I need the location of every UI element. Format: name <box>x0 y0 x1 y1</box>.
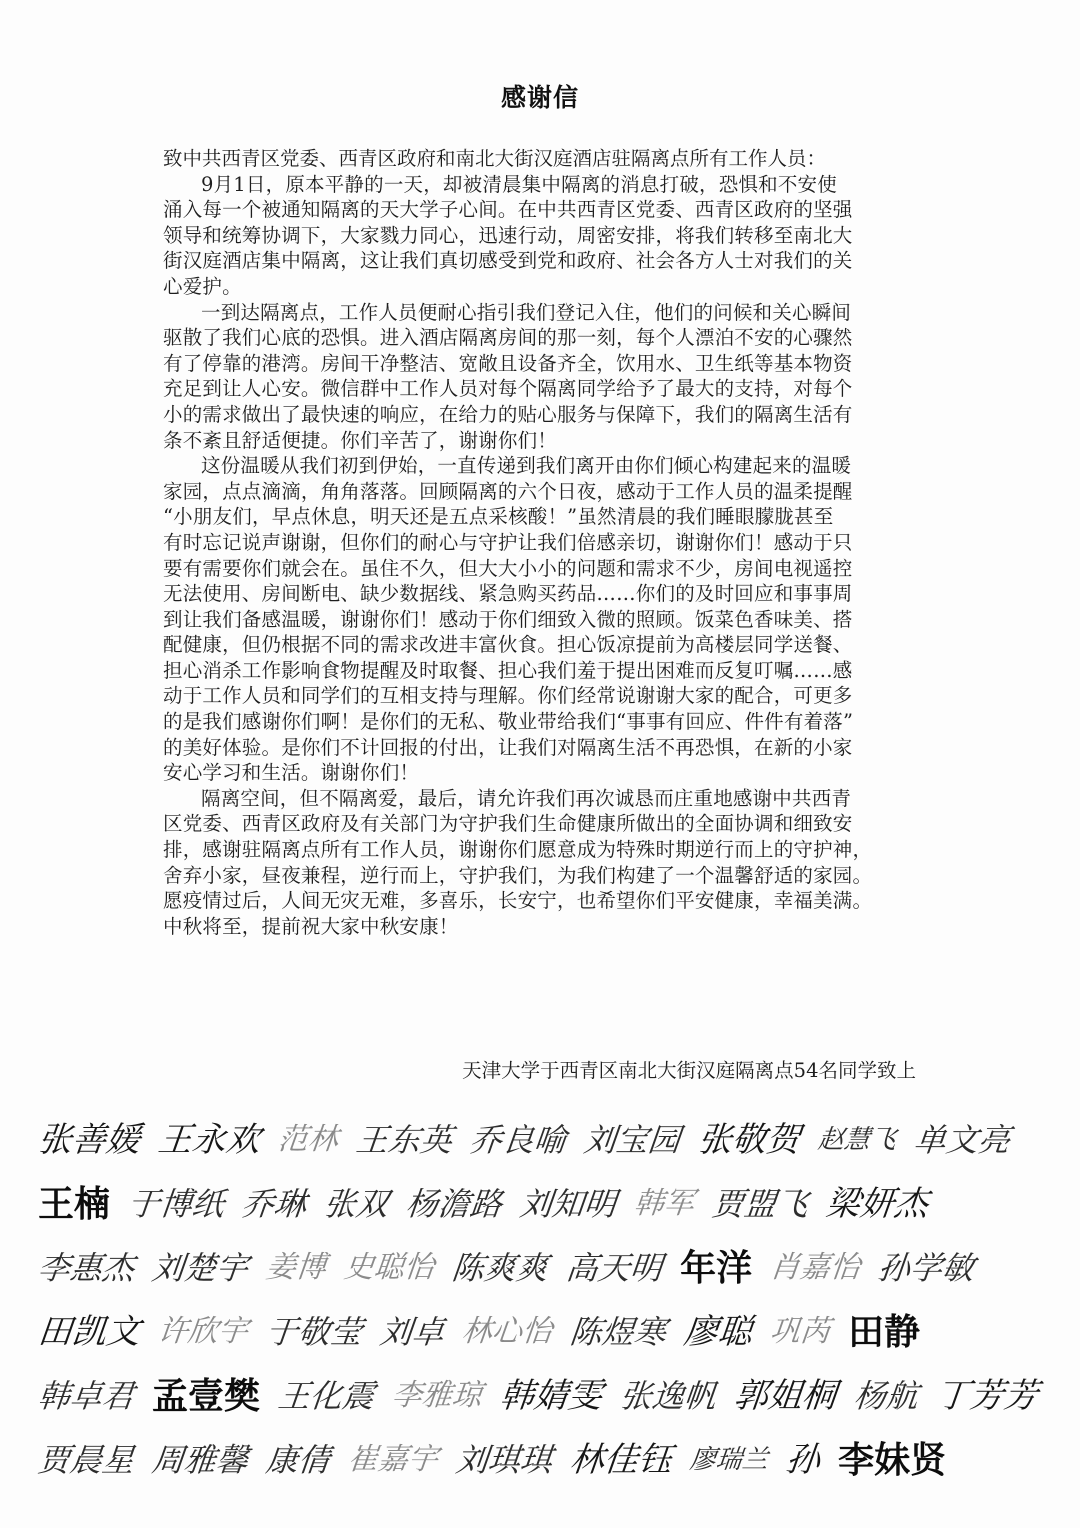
handwritten-signature: 林心怡 <box>460 1317 553 1347</box>
signature-row: 李惠杰刘楚宇姜博史聪怡陈爽爽高天明年洋肖嘉怡孙学敏 <box>38 1236 1058 1300</box>
paragraph-3-line: 到让我们备感温暖，谢谢你们！感动于你们细致入微的照顾。饭菜色香味美、搭 <box>163 607 923 633</box>
handwritten-signature: 王化震 <box>276 1380 375 1412</box>
handwritten-signature: 陈煜寒 <box>568 1316 667 1348</box>
handwritten-signature: 巩芮 <box>768 1317 831 1347</box>
paragraph-3-line: 的美好体验。是你们不计回报的付出，让我们对隔离生活不再恐惧，在新的小家 <box>163 735 923 761</box>
sign-off: 天津大学于西青区南北大街汉庭隔离点54名同学致上 <box>462 1055 916 1083</box>
paragraph-3-line: 安心学习和生活。谢谢你们！ <box>163 760 923 786</box>
handwritten-signature: 田静 <box>848 1314 920 1350</box>
handwritten-signature: 乔良喻 <box>468 1124 567 1156</box>
handwritten-signature: 张双 <box>322 1188 389 1220</box>
handwritten-signature: 林佳钰 <box>568 1443 674 1477</box>
handwritten-signature: 贾晨星 <box>36 1444 135 1476</box>
signature-row: 田凯文许欣宇于敬莹刘卓林心怡陈煜寒廖聪巩芮田静 <box>38 1300 1058 1364</box>
paragraph-4-line: 舍弃小家，昼夜兼程，逆行而上，守护我们，为我们构建了一个温馨舒适的家园。 <box>163 863 923 889</box>
paragraph-1-line: 9月1日，原本平静的一天，却被清晨集中隔离的消息打破，恐惧和不安使 <box>163 172 923 198</box>
signature-row: 韩卓君孟壹樊王化震李雅琼韩婧雯张逸帆郭姐桐杨航丁芳芳 <box>38 1364 1058 1428</box>
handwritten-signature: 刘宝园 <box>582 1124 681 1156</box>
handwritten-signature: 贾盟飞 <box>710 1188 809 1220</box>
paragraph-3-line: 要有需要你们就会在。虽住不久，但大大小小的问题和需求不少，房间电视遥控 <box>163 556 923 582</box>
paragraph-3-line: “小朋友们，早点休息，明天还是五点采核酸！”虽然清晨的我们睡眼朦胧甚至 <box>163 504 923 530</box>
handwritten-signature: 单文亮 <box>912 1124 1011 1156</box>
handwritten-signature: 许欣宇 <box>156 1317 249 1347</box>
handwritten-signature: 于博纸 <box>126 1188 225 1220</box>
paragraph-4-line: 隔离空间，但不隔离爱，最后，请允许我们再次诚恳而庄重地感谢中共西青 <box>163 786 923 812</box>
handwritten-signature: 韩军 <box>633 1189 696 1219</box>
paragraph-2-line: 条不紊且舒适便捷。你们辛苦了，谢谢你们！ <box>163 428 923 454</box>
handwritten-signature: 康倩 <box>264 1444 331 1476</box>
paragraph-1-line: 涌入每一个被通知隔离的天大学子心间。在中共西青区党委、西青区政府的坚强 <box>163 197 923 223</box>
handwritten-signature: 李惠杰 <box>36 1252 135 1284</box>
handwritten-signature: 乔琳 <box>240 1188 307 1220</box>
paragraph-4-line: 区党委、西青区政府及有关部门为守护我们生命健康所做出的全面协调和细致安 <box>163 811 923 837</box>
handwritten-signature: 崔嘉宇 <box>346 1445 439 1475</box>
handwritten-signature: 杨澹路 <box>404 1188 503 1220</box>
letter-page: 感谢信 致中共西青区党委、西青区政府和南北大街汉庭酒店驻隔离点所有工作人员： 9… <box>0 0 1080 1528</box>
handwritten-signature: 史聪怡 <box>342 1253 435 1283</box>
handwritten-signature: 杨航 <box>852 1380 919 1412</box>
handwritten-signature: 王永欢 <box>156 1123 262 1157</box>
handwritten-signature: 李妹贤 <box>838 1442 946 1478</box>
handwritten-signature: 周雅馨 <box>150 1444 249 1476</box>
handwritten-signature: 姜博 <box>264 1253 327 1283</box>
handwritten-signature: 孙学敏 <box>876 1252 975 1284</box>
handwritten-signature: 李雅琼 <box>390 1381 483 1411</box>
handwritten-signature: 张敬贺 <box>696 1123 802 1157</box>
signature-block: 张善媛王永欢范林王东英乔良喻刘宝园张敬贺赵慧飞单文亮王楠于博纸乔琳张双杨澹路刘知… <box>38 1108 1058 1492</box>
paragraph-2-line: 有了停靠的港湾。房间干净整洁、宽敞且设备齐全，饮用水、卫生纸等基本物资 <box>163 351 923 377</box>
handwritten-signature: 高天明 <box>564 1252 663 1284</box>
handwritten-signature: 孙 <box>784 1443 822 1477</box>
handwritten-signature: 韩卓君 <box>36 1380 135 1412</box>
handwritten-signature: 张善媛 <box>36 1123 142 1157</box>
paragraph-2-line: 充足到让人心安。微信群中工作人员对每个隔离同学给予了最大的支持，对每个 <box>163 376 923 402</box>
paragraph-3-line: 动于工作人员和同学们的互相支持与理解。你们经常说谢谢大家的配合，可更多 <box>163 683 923 709</box>
paragraph-3-line: 这份温暖从我们初到伊始，一直传递到我们离开由你们倾心构建起来的温暖 <box>163 453 923 479</box>
paragraph-3-line: 有时忘记说声谢谢，但你们的耐心与守护让我们倍感亲切，谢谢你们！感动于只 <box>163 530 923 556</box>
paragraph-4-line: 排，感谢驻隔离点所有工作人员，谢谢你们愿意成为特殊时期逆行而上的守护神， <box>163 837 923 863</box>
handwritten-signature: 张逸帆 <box>618 1380 717 1412</box>
paragraph-2-line: 小的需求做出了最快速的响应，在给力的贴心服务与保障下，我们的隔离生活有 <box>163 402 923 428</box>
handwritten-signature: 年洋 <box>680 1250 752 1286</box>
handwritten-signature: 孟壹樊 <box>152 1378 260 1414</box>
paragraph-3-line: 的是我们感谢你们啊！是你们的无私、敬业带给我们“事事有回应、件件有着落” <box>163 709 923 735</box>
handwritten-signature: 刘楚宇 <box>150 1252 249 1284</box>
paragraph-1-line: 街汉庭酒店集中隔离，这让我们真切感受到党和政府、社会各方人士对我们的关 <box>163 248 923 274</box>
handwritten-signature: 刘卓 <box>378 1316 445 1348</box>
handwritten-signature: 于敬莹 <box>264 1316 363 1348</box>
paragraph-3-line: 无法使用、房间断电、缺少数据线、紧急购买药品……你们的及时回应和事事周 <box>163 581 923 607</box>
paragraph-2-line: 一到达隔离点，工作人员便耐心指引我们登记入住，他们的问候和关心瞬间 <box>163 300 923 326</box>
salutation: 致中共西青区党委、西青区政府和南北大街汉庭酒店驻隔离点所有工作人员： <box>163 146 923 172</box>
paragraph-3-line: 担心消杀工作影响食物提醒及时取餐、担心我们羞于提出困难而反复叮嘱……感 <box>163 658 923 684</box>
handwritten-signature: 韩婧雯 <box>498 1379 604 1413</box>
paragraph-1-line: 领导和统筹协调下，大家戮力同心，迅速行动，周密安排，将我们转移至南北大 <box>163 223 923 249</box>
paragraph-3-line: 配健康，但仍根据不同的需求改进丰富伙食。担心饭凉提前为高楼层同学送餐、 <box>163 632 923 658</box>
handwritten-signature: 廖瑞兰 <box>689 1447 770 1473</box>
handwritten-signature: 赵慧飞 <box>817 1127 898 1153</box>
signature-row: 贾晨星周雅馨康倩崔嘉宇刘琪琪林佳钰廖瑞兰孙李妹贤 <box>38 1428 1058 1492</box>
document-title: 感谢信 <box>0 78 1080 114</box>
paragraph-4-line: 愿疫情过后，人间无灾无难，多喜乐，长安宁，也希望你们平安健康，幸福美满。 <box>163 888 923 914</box>
handwritten-signature: 郭姐桐 <box>732 1379 838 1413</box>
handwritten-signature: 王楠 <box>38 1186 110 1222</box>
handwritten-signature: 梁妍杰 <box>824 1187 930 1221</box>
handwritten-signature: 陈爽爽 <box>450 1252 549 1284</box>
handwritten-signature: 丁芳芳 <box>934 1379 1040 1413</box>
handwritten-signature: 田凯文 <box>36 1315 142 1349</box>
handwritten-signature: 廖聪 <box>682 1315 754 1349</box>
letter-body: 致中共西青区党委、西青区政府和南北大街汉庭酒店驻隔离点所有工作人员： 9月1日，… <box>163 146 923 939</box>
handwritten-signature: 范林 <box>276 1125 339 1155</box>
paragraphs: 9月1日，原本平静的一天，却被清晨集中隔离的消息打破，恐惧和不安使涌入每一个被通… <box>163 172 923 940</box>
handwritten-signature: 刘琪琪 <box>454 1444 553 1476</box>
signature-row: 王楠于博纸乔琳张双杨澹路刘知明韩军贾盟飞梁妍杰 <box>38 1172 1058 1236</box>
paragraph-4-line: 中秋将至，提前祝大家中秋安康！ <box>163 914 923 940</box>
paragraph-1-line: 心爱护。 <box>163 274 923 300</box>
handwritten-signature: 王东英 <box>354 1124 453 1156</box>
paragraph-2-line: 驱散了我们心底的恐惧。进入酒店隔离房间的那一刻，每个人漂泊不安的心骤然 <box>163 325 923 351</box>
signature-row: 张善媛王永欢范林王东英乔良喻刘宝园张敬贺赵慧飞单文亮 <box>38 1108 1058 1172</box>
handwritten-signature: 刘知明 <box>518 1188 617 1220</box>
paragraph-3-line: 家园，点点滴滴，角角落落。回顾隔离的六个日夜，感动于工作人员的温柔提醒 <box>163 479 923 505</box>
handwritten-signature: 肖嘉怡 <box>769 1253 862 1283</box>
